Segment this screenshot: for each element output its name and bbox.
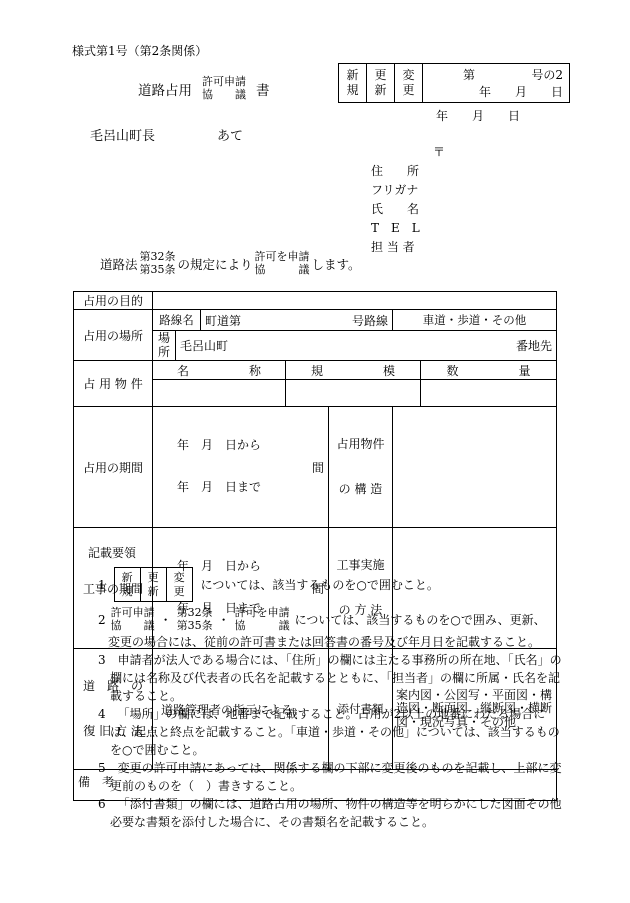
- status-option-renew: 更 新: [367, 64, 395, 102]
- instruction-item-3-text: 申請者が法人である場合には、「住所」の欄には主たる事務所の所在地、「氏名」の欄に…: [110, 653, 562, 703]
- table-row-purpose: 占用の目的: [74, 292, 557, 310]
- instruction-item-2-dot1: ・: [160, 611, 172, 629]
- status-selection-box: 新 規 更 新 変 更 第 号の2 年 月 日: [338, 63, 570, 103]
- reference-number-suffix: 号の2: [531, 66, 563, 83]
- route-suffix: 号路線: [352, 312, 388, 329]
- instructions-section: 記載要領 1 新 規 更 新 変 更 については、該当するものを○で囲むこと。: [88, 544, 564, 831]
- table-row-occupation-period: 占用の期間 年 月 日から 年 月 日まで 間 占用物件 の 構 造: [74, 407, 557, 528]
- property-header-name: 名 称: [153, 361, 286, 380]
- addressee-name: 毛呂山町長: [90, 125, 155, 144]
- status-option-change-char1: 変: [402, 68, 414, 83]
- addressee-suffix: あて: [217, 125, 243, 144]
- road-type-cell: 車道・歩道・その他: [393, 310, 557, 331]
- instruction-item-5-number: 5: [98, 761, 106, 775]
- structure-label-line1: 占用物件: [333, 437, 388, 452]
- instruction-item-5: 5変更の許可申請にあっては、関係する欄の下部に変更後のものを記載し、上部に変更前…: [98, 759, 564, 795]
- reference-number-line: 第 号の2: [429, 66, 563, 83]
- option-box-change-char1: 変: [174, 571, 185, 585]
- applicant-field-furigana: フリガナ: [371, 181, 420, 200]
- occupation-period-to: 年 月 日まで: [177, 481, 261, 495]
- reference-number-prefix: 第: [463, 66, 475, 83]
- addressee-line: 毛呂山町長 あて: [90, 125, 243, 144]
- applicant-fields: 住 所 フリガナ 氏 名 T E L 担 当 者: [371, 162, 420, 257]
- instruction-item-5-text: 変更の許可申請にあっては、関係する欄の下部に変更後のものを記載し、上部に変更前の…: [110, 761, 562, 793]
- instruction-item-3: 3申請者が法人である場合には、「住所」の欄には主たる事務所の所在地、「氏名」の欄…: [98, 651, 564, 705]
- title-prefix: 道路占用: [138, 79, 192, 99]
- title-stack: 許可申請 協 議: [202, 76, 246, 102]
- occupation-period-duration: 間: [312, 459, 324, 476]
- action-stack: 許可を申請 協 議: [255, 251, 310, 277]
- structure-label-line2: の 構 造: [333, 482, 388, 497]
- route-name-label-cell: 路線名: [153, 310, 201, 331]
- property-header-quantity: 数 量: [421, 361, 557, 380]
- applicant-field-contact-person: 担 当 者: [371, 238, 420, 257]
- instructions-heading: 記載要領: [88, 544, 564, 562]
- occupation-period-wrap: 年 月 日から 年 月 日まで 間: [157, 412, 324, 522]
- spot-value-wrap: 毛呂山町 番地先: [180, 337, 552, 354]
- instruction-item-2-dot2: ・: [218, 611, 230, 629]
- route-prefix: 町道第: [205, 312, 241, 329]
- law-name: 道路法: [100, 255, 138, 273]
- table-row-property-header: 占 用 物 件 名 称 規 模 数 量: [74, 361, 557, 380]
- status-option-renew-char1: 更: [374, 68, 386, 83]
- instruction-item-6-number: 6: [98, 797, 106, 811]
- declaration-line: 道路法 第32条 第35条 の規定により 許可を申請 協 議 します。: [100, 251, 361, 277]
- instruction-item-1: 1 新 規 更 新 変 更 については、該当するものを○で囲むこと。: [98, 567, 564, 602]
- instruction-item-4-text: 「場所」の欄には、地番まで記載すること。占用が2以上の地番にわたる場合には、起点…: [110, 707, 560, 757]
- spot-suffix: 番地先: [516, 337, 552, 354]
- instruction-item-1-number: 1: [98, 576, 106, 594]
- instruction-item-2-stack2-bottom: 第35条: [177, 620, 213, 633]
- route-value-wrap: 町道第 号路線: [205, 312, 388, 329]
- option-box-change: 変 更: [167, 568, 192, 601]
- occupation-period-label-cell: 占用の期間: [74, 407, 153, 528]
- structure-label-cell: 占用物件 の 構 造: [329, 407, 393, 528]
- instruction-item-2-text: については、該当するものを○で囲み、更新、: [295, 611, 546, 629]
- spot-label-cell: 場 所: [153, 331, 176, 361]
- structure-value-cell: [393, 407, 557, 528]
- article-bottom: 第35条: [140, 264, 176, 277]
- declaration-middle: の規定により: [178, 255, 253, 273]
- reference-date-line: 年 月 日: [429, 83, 563, 100]
- status-option-change-char2: 更: [402, 83, 414, 98]
- property-label-cell: 占 用 物 件: [74, 361, 153, 407]
- instruction-item-4-number: 4: [98, 707, 106, 721]
- purpose-value-cell: [153, 292, 557, 310]
- property-scale-value-cell: [286, 380, 421, 407]
- option-box-new: 新 規: [115, 568, 141, 601]
- status-option-renew-char2: 新: [374, 83, 386, 98]
- spot-label-char2: 所: [154, 346, 174, 360]
- instruction-item-2-stack1: 許可申請 協 議: [111, 607, 155, 633]
- applicant-field-tel: T E L: [371, 219, 420, 238]
- instruction-item-3-number: 3: [98, 653, 106, 667]
- action-bottom: 協 議: [255, 264, 310, 277]
- applicant-field-address: 住 所: [371, 162, 420, 181]
- occupation-period-dates: 年 月 日から 年 月 日まで: [177, 412, 261, 522]
- property-header-scale: 規 模: [286, 361, 421, 380]
- option-box: 新 規 更 新 変 更: [114, 567, 193, 602]
- occupation-period-value-cell: 年 月 日から 年 月 日まで 間: [153, 407, 329, 528]
- purpose-label-cell: 占用の目的: [74, 292, 153, 310]
- instruction-item-2-stack3: 許可を申請 協 議: [235, 607, 290, 633]
- application-form-page: 様式第1号（第2条関係） 道路占用 許可申請 協 議 書 新 規 更 新 変 更…: [0, 0, 630, 903]
- option-box-new-char1: 新: [122, 571, 133, 585]
- reference-number-cell: 第 号の2 年 月 日: [423, 64, 569, 102]
- occupation-period-from: 年 月 日から: [177, 439, 261, 453]
- instruction-item-2: 2 許可申請 協 議 ・ 第32条 第35条 ・ 許可を申請 協 議 については…: [98, 607, 564, 651]
- instruction-item-6-text: 「添付書類」の欄には、道路占用の場所、物件の構造等を明らかにした図面その他必要な…: [110, 797, 562, 829]
- option-box-renew-char1: 更: [148, 571, 159, 585]
- instruction-item-2-row1: 2 許可申請 協 議 ・ 第32条 第35条 ・ 許可を申請 協 議 については…: [98, 607, 564, 633]
- property-name-value-cell: [153, 380, 286, 407]
- option-box-change-char2: 更: [174, 585, 185, 599]
- place-label-cell: 占用の場所: [74, 310, 153, 361]
- status-option-new: 新 規: [339, 64, 367, 102]
- instruction-item-6: 6「添付書類」の欄には、道路占用の場所、物件の構造等を明らかにした図面その他必要…: [98, 795, 564, 831]
- instruction-item-2-stack2: 第32条 第35条: [177, 607, 213, 633]
- title-suffix: 書: [256, 79, 270, 99]
- postal-mark: 〒: [433, 143, 445, 160]
- instruction-item-4: 4「場所」の欄には、地番まで記載すること。占用が2以上の地番にわたる場合には、起…: [98, 705, 564, 759]
- instruction-item-1-text: については、該当するものを○で囲むこと。: [201, 576, 439, 594]
- status-option-new-char2: 規: [346, 83, 358, 98]
- option-box-renew: 更 新: [141, 568, 167, 601]
- table-row-route: 占用の場所 路線名 町道第 号路線 車道・歩道・その他: [74, 310, 557, 331]
- spot-value: 毛呂山町: [180, 337, 228, 354]
- title-stack-bottom: 協 議: [202, 89, 246, 102]
- status-option-change: 変 更: [395, 64, 423, 102]
- spot-value-cell: 毛呂山町 番地先: [176, 331, 557, 361]
- instruction-item-2-row2: 変更の場合には、従前の許可書または回答書の番号及び年月日を記載すること。: [108, 633, 564, 651]
- instruction-item-2-stack1-bottom: 協 議: [111, 620, 155, 633]
- instruction-item-2-stack3-bottom: 協 議: [235, 620, 290, 633]
- property-quantity-value-cell: [421, 380, 557, 407]
- declaration-suffix: します。: [312, 255, 361, 273]
- document-title: 道路占用 許可申請 協 議 書: [138, 72, 270, 106]
- spot-label-char1: 場: [154, 332, 174, 346]
- instruction-item-2-number: 2: [98, 611, 106, 629]
- application-date-field: 年 月 日: [436, 107, 520, 124]
- option-box-new-char2: 規: [122, 585, 133, 599]
- route-value-cell: 町道第 号路線: [201, 310, 393, 331]
- status-option-new-char1: 新: [346, 68, 358, 83]
- option-box-renew-char2: 新: [148, 585, 159, 599]
- article-stack: 第32条 第35条: [140, 251, 176, 277]
- form-number: 様式第1号（第2条関係）: [72, 42, 207, 59]
- applicant-field-name: 氏 名: [371, 200, 420, 219]
